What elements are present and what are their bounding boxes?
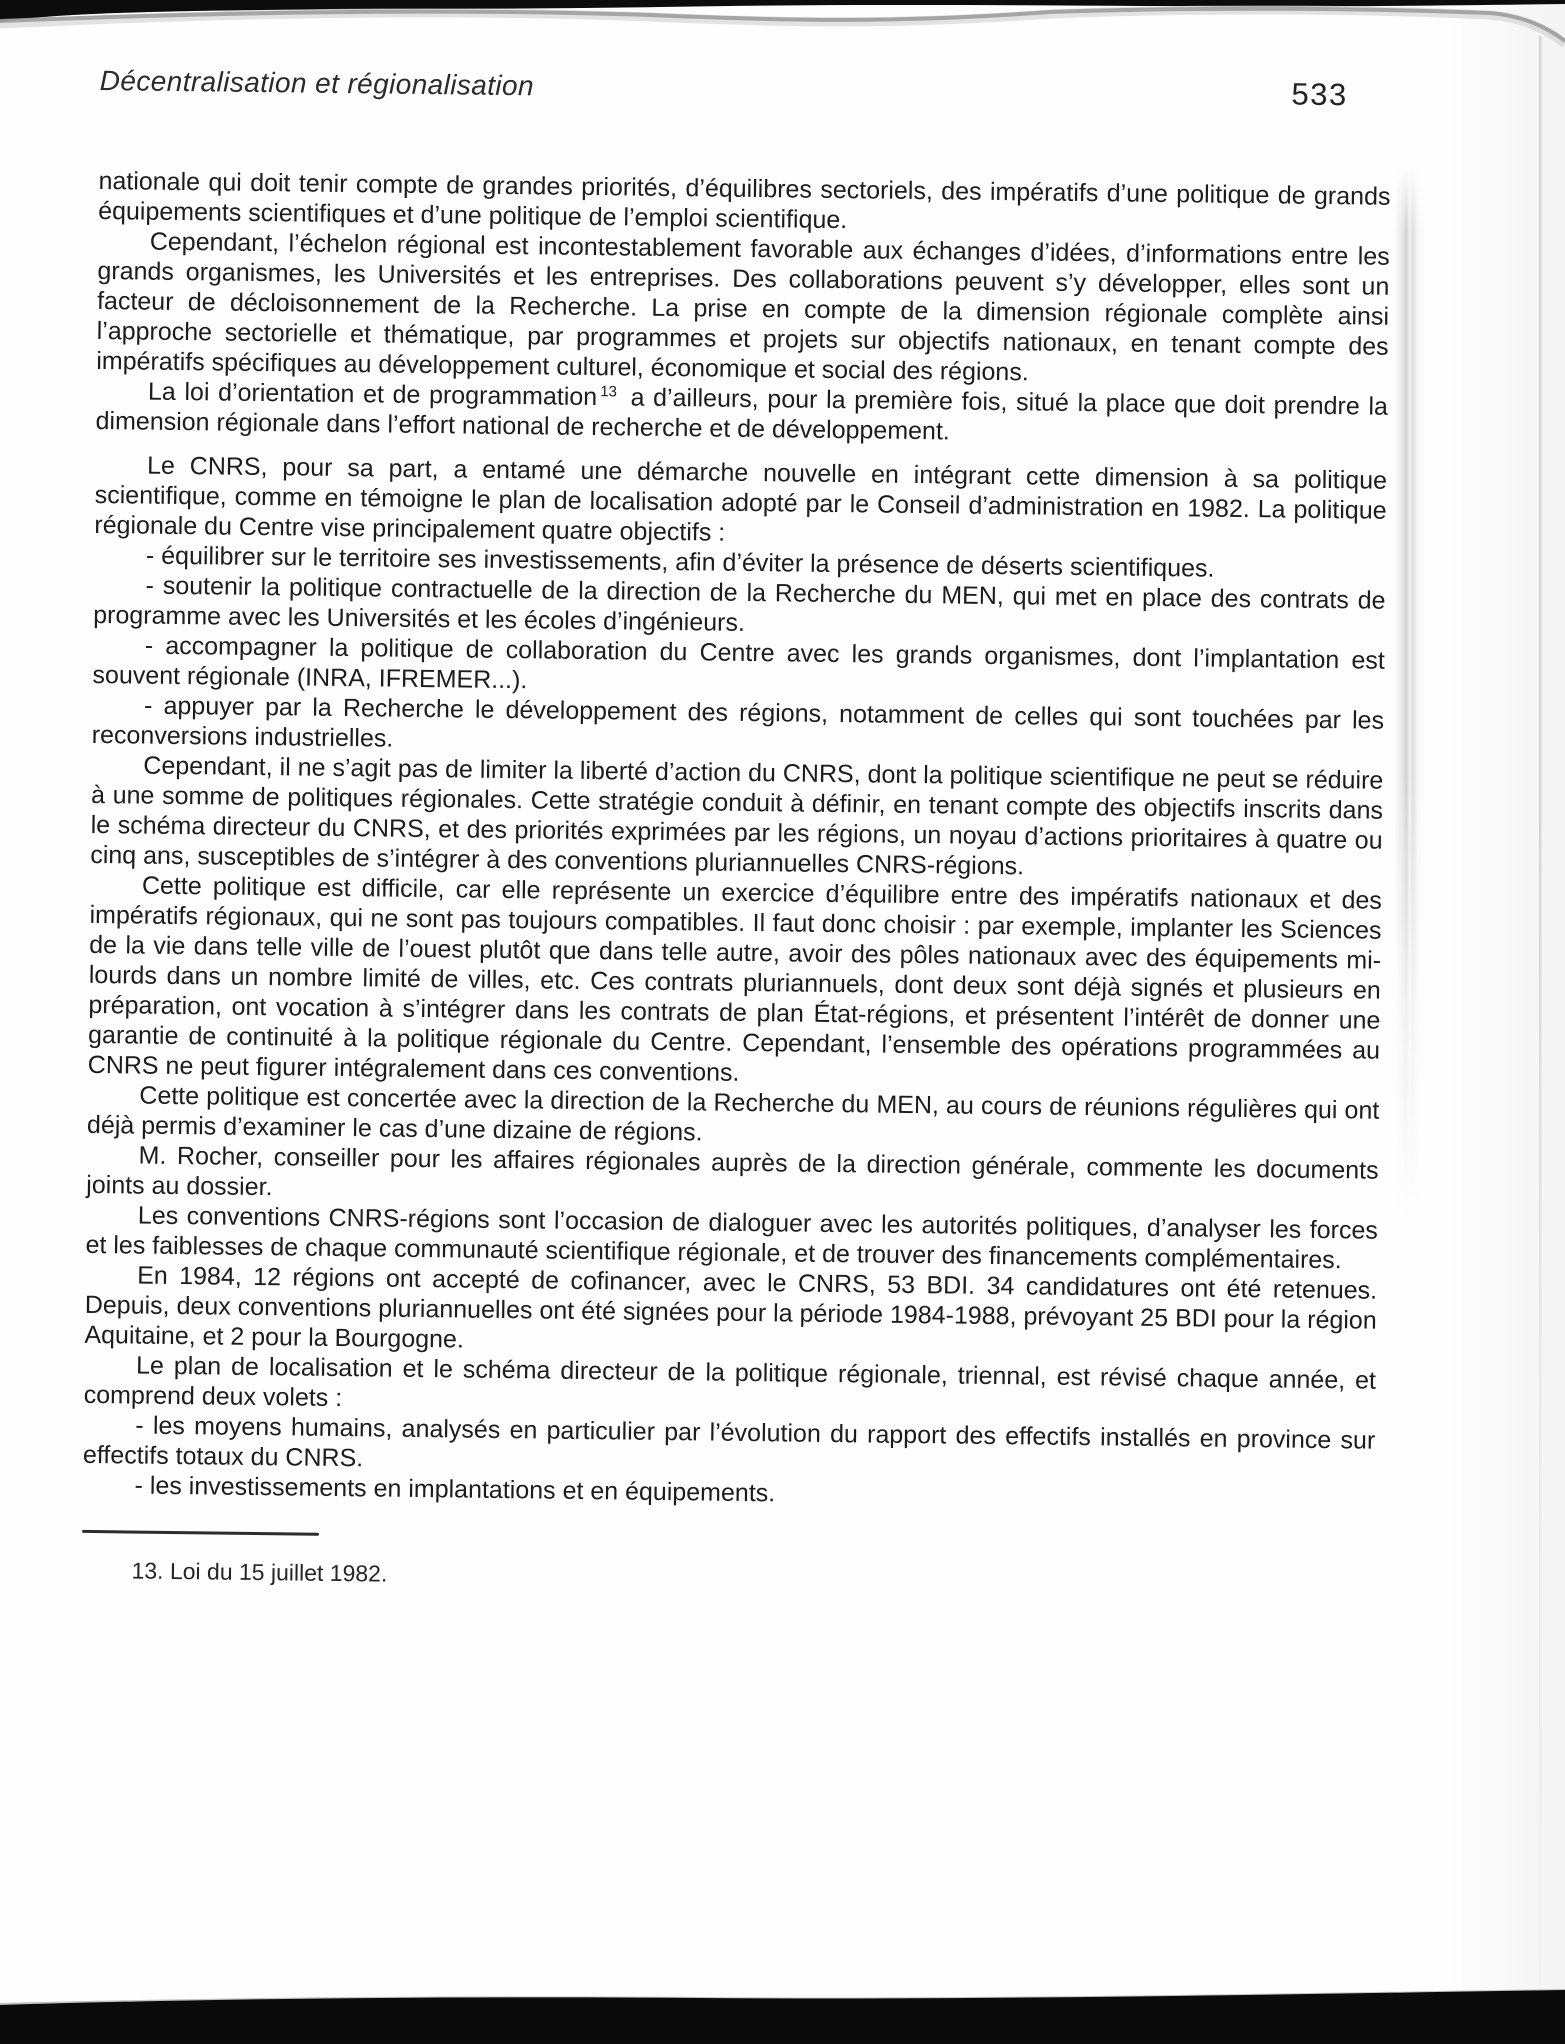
scan-artifact-binding-shadow: [1394, 168, 1424, 1218]
footnote: 13. Loi du 15 juillet 1982.: [81, 1557, 1373, 1600]
page-curvature-shade: [1445, 0, 1565, 2044]
paragraph-text: La loi d’orientation et de programmation: [148, 378, 598, 411]
paragraph: En 1984, 12 régions ont accepté de cofin…: [84, 1260, 1377, 1366]
paragraph: Cette politique est difficile, car elle …: [88, 870, 1382, 1096]
page-body: nationale qui doit tenir compte de grand…: [82, 166, 1390, 1516]
footnote-reference: 13: [600, 383, 617, 400]
scanned-page: Décentralisation et régionalisation 533 …: [81, 62, 1391, 1600]
running-header: Décentralisation et régionalisation 533: [100, 62, 1392, 114]
paragraph: Cependant, il ne s’agit pas de limiter l…: [90, 750, 1383, 886]
running-header-title: Décentralisation et régionalisation: [100, 65, 535, 102]
scan-artifact-bottom-edge: [0, 1986, 1565, 2044]
scan-artifact-page-edge: [1539, 36, 1542, 1986]
scan-artifact-top-edge: [0, 0, 1565, 60]
paragraph: Cependant, l’échelon régional est incont…: [96, 226, 1390, 392]
footnote-separator: [82, 1530, 319, 1536]
page-number: 533: [1291, 77, 1392, 114]
footnote-area: 13. Loi du 15 juillet 1982.: [81, 1530, 1374, 1600]
paragraph: Le CNRS, pour sa part, a entamé une déma…: [94, 450, 1387, 556]
